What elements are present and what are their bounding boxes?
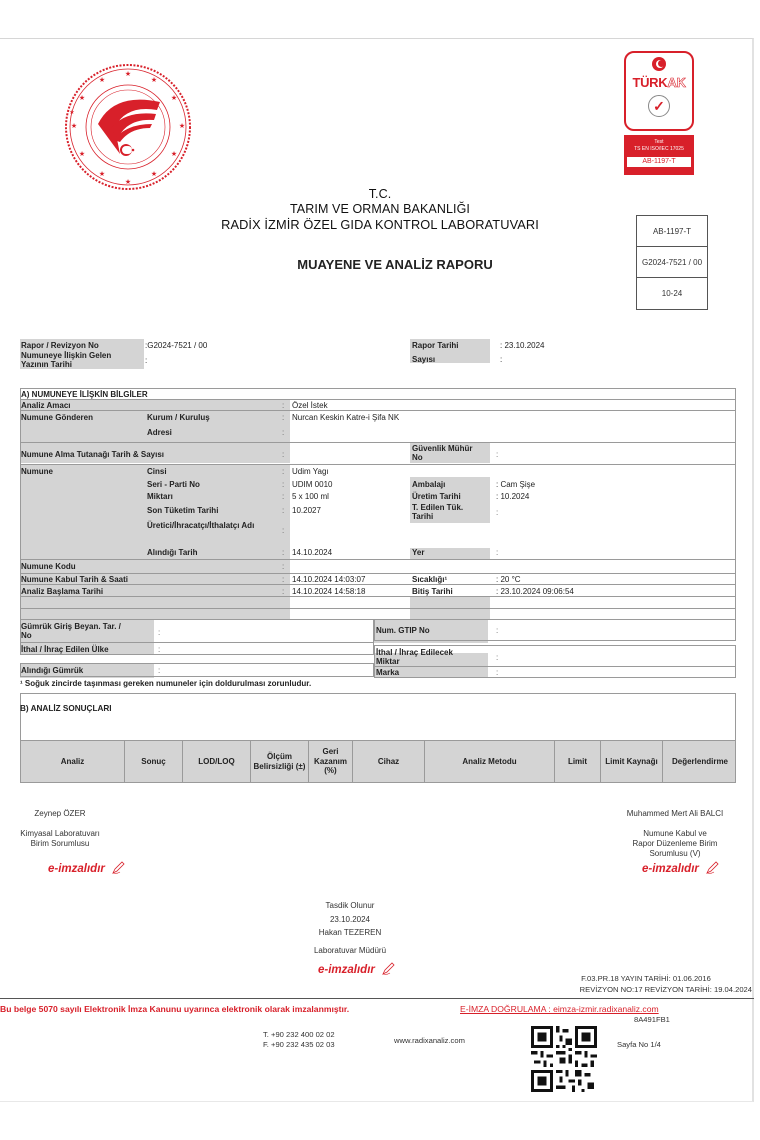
footer-phone: T. +90 232 400 02 02 [263,1030,335,1040]
gtip-label: Num. GTIP No [376,626,430,635]
footer-website[interactable]: www.radixanaliz.com [394,1036,465,1046]
results-column-header: LOD/LOQ [183,741,251,782]
approval-line: Tasdik Olunur [300,901,400,911]
colon: : [282,480,284,489]
svg-text:★: ★ [125,178,131,186]
svg-text:★: ★ [71,122,77,130]
kabul-label: Numune Kabul Tarih & Saati [21,575,128,584]
signature-right-role-2: Rapor Düzenleme Birim [610,839,740,849]
uretim-tarihi-label: Üretim Tarihi [412,492,461,501]
son-tuketim-label: Son Tüketim Tarihi [147,506,218,515]
colon: : [282,506,284,515]
sayisi-value: : [500,355,502,364]
report-title: MUAYENE VE ANALİZ RAPORU [200,257,590,272]
bitis-value: : 23.10.2024 09:06:54 [496,587,574,596]
section-a-title: A) NUMUNEYE İLİŞKİN BİLGİLER [21,390,148,399]
cinsi-label: Cinsi [147,467,167,476]
signature-left-role-1: Kimyasal Laboratuvarı [10,829,110,839]
signature-right-name: Muhammed Mert Ali BALCI [600,809,750,819]
colon: : [282,548,284,557]
gelen-yazi-label: Numuneye İlişkin Gelen Yazının Tarihi [21,351,139,369]
colon: : [282,587,284,596]
rapor-tarihi-label: Rapor Tarihi [412,341,459,350]
colon: : [282,401,284,410]
results-column-header: Geri Kazanım (%) [309,741,353,782]
svg-text:★: ★ [151,76,157,84]
tutanak-label: Numune Alma Tutanağı Tarih & Sayısı [21,450,164,459]
footnote: ¹ Soğuk zincirde taşınması gereken numun… [20,679,311,688]
bitis-label: Bitiş Tarihi [412,587,453,596]
ambalaji-label: Ambalajı [412,480,445,489]
colon: : [496,508,498,517]
alindigi-tarih-label: Alındığı Tarih [147,548,198,557]
turkak-subtitle-2: TS EN ISO/IEC 17025 [624,146,694,152]
footer-fax: F. +90 232 435 02 03 [263,1040,335,1050]
colon: : [282,562,284,571]
t-edilen-label: T. Edilen Tük. Tarihi [412,503,478,521]
approval-stamp: e-imzalıdır [318,962,395,976]
row-divider [20,573,736,574]
svg-text:★: ★ [99,170,105,178]
analiz-amaci-label: Analiz Amacı [21,401,71,410]
code-box-accreditation: AB-1197-T [637,216,707,247]
svg-text:★: ★ [79,94,85,102]
ithal-ulke-label: İthal / İhraç Edilen Ülke [21,645,109,654]
signature-right-stamp: e-imzalıdır [642,861,719,875]
colon: : [282,575,284,584]
row-divider [20,596,736,597]
code-box-report-no: G2024-7521 / 00 [637,247,707,278]
results-column-header: Ölçüm Belirsizliği (±) [251,741,309,782]
row-divider [374,666,736,667]
pen-icon [705,861,719,875]
numune-gonderen-label: Numune Gönderen [21,413,93,422]
form-info-line-1: F.03.PR.18 YAYIN TARİHİ: 01.06.2016 [540,974,752,984]
svg-text:★: ★ [179,122,185,130]
results-column-header: Değerlendirme [663,741,737,782]
numune-label: Numune [21,467,53,476]
seri-value: UDIM 0010 [292,480,332,489]
colon: : [496,450,498,459]
row-divider [20,464,736,465]
pen-icon [111,861,125,875]
svg-text:★: ★ [171,94,177,102]
report-page: ★ ★ ★ ★ ★ ★ ★ ★ ★ ★ ★ ★ ★ [0,38,754,1102]
signature-left-stamp: e-imzalıdır [48,861,125,875]
legal-notice: Bu belge 5070 sayılı Elektronik İmza Kan… [0,1004,349,1014]
footer-divider [0,998,754,999]
colon: : [282,492,284,501]
row-divider [20,399,736,400]
uretici-label: Üretici/İhracatçı/İthalatçı Adı [147,521,267,530]
uretim-tarihi-value: : 10.2024 [496,492,529,501]
son-tuketim-value: 10.2027 [292,506,321,515]
row-divider [20,559,736,560]
header-line-2: TARIM VE ORMAN BAKANLIĞI [160,202,600,217]
svg-text:★: ★ [151,170,157,178]
rapor-revizyon-label: Rapor / Revizyon No [21,341,99,350]
header-line-3: RADİX İZMİR ÖZEL GIDA KONTROL LABORATUVA… [160,217,600,232]
signature-left-name: Zeynep ÖZER [10,809,110,819]
turkak-bold: TÜRK [632,75,667,90]
check-icon: ✓ [648,95,670,117]
svg-text:★: ★ [125,70,131,78]
rapor-revizyon-value: :G2024-7521 / 00 [145,341,207,350]
form-info-line-2: REVİZYON NO:17 REVİZYON TARİHİ: 19.04.20… [530,985,752,995]
row-divider [20,442,736,443]
colon: : [158,628,160,637]
sicaklik-label: Sıcaklığı¹ [412,575,447,584]
colon: : [282,413,284,422]
sayisi-label: Sayısı [412,355,435,364]
guvenlik-label: Güvenlik Mühür No [412,444,482,462]
marka-label: Marka [376,668,399,677]
row-divider [20,410,736,411]
numune-kodu-label: Numune Kodu [21,562,76,571]
colon: : [158,645,160,654]
section-b-title: B) ANALİZ SONUÇLARI [20,704,112,713]
row-divider [20,584,736,585]
section-a-border [20,388,736,620]
ambalaji-value: : Cam Şişe [496,480,535,489]
colon: : [282,526,284,535]
results-column-header: Sonuç [125,741,183,782]
adresi-label: Adresi [147,428,172,437]
turkak-subtitle-1: Test [624,139,694,145]
alindigi-gumruk-label: Alındığı Gümrük [21,666,83,675]
miktari-value: 5 x 100 ml [292,492,329,501]
colon: : [282,450,284,459]
svg-text:★: ★ [79,150,85,158]
results-column-header: Limit Kaynağı [601,741,663,782]
svg-text:★: ★ [171,150,177,158]
colon: : [282,467,284,476]
colon: : [496,626,498,635]
svg-text:★: ★ [69,109,74,116]
miktari-label: Miktarı [147,492,173,501]
section-a-table: A) NUMUNEYE İLİŞKİN BİLGİLERAnaliz Amacı… [20,388,736,678]
document-code: 8A491FB1 [634,1015,670,1025]
baslama-value: 14.10.2024 14:58:18 [292,587,365,596]
approval-role: Laboratuvar Müdürü [300,946,400,956]
turkak-light: AK [667,75,685,90]
approval-date: 23.10.2024 [300,915,400,925]
approval-name: Hakan TEZEREN [300,928,400,938]
signature-right-role-3: Sorumlusu (V) [610,849,740,859]
sicaklik-value: : 20 °C [496,575,521,584]
page-number: Sayfa No 1/4 [617,1040,661,1050]
svg-text:★: ★ [99,76,105,84]
results-column-header: Analiz Metodu [425,741,555,782]
rapor-tarihi-value: : 23.10.2024 [500,341,545,350]
kurum-label: Kurum / Kuruluş [147,413,210,422]
gelen-yazi-value: : [145,356,147,365]
baslama-label: Analiz Başlama Tarihi [21,587,103,596]
colon: : [496,653,498,662]
row-divider [20,642,374,643]
header-line-1: T.C. [160,187,600,202]
turkak-icon: TÜRKAK ✓ Test TS EN ISO/IEC 17025 AB-119… [622,51,710,175]
cinsi-value: Udim Yagı [292,467,329,476]
seri-label: Seri - Parti No [147,480,200,489]
colon: : [496,668,498,677]
gumruk-giris-label: Gümrük Giriş Beyan. Tar. / No [21,622,127,640]
row-divider [20,608,736,609]
results-column-header: Limit [555,741,601,782]
ministry-seal-icon: ★ ★ ★ ★ ★ ★ ★ ★ ★ ★ ★ ★ ★ [62,62,194,192]
turkak-accreditation: AB-1197-T [627,157,691,167]
results-column-header: Analiz [21,741,125,782]
pen-icon [381,962,395,976]
gap [20,655,154,663]
yer-label: Yer [412,548,424,557]
analiz-amaci-value: Özel İstek [292,401,328,410]
results-column-header: Cihaz [353,741,425,782]
results-table-header: AnalizSonuçLOD/LOQÖlçüm Belirsizliği (±)… [20,740,736,783]
qr-code-icon [531,1026,597,1092]
signature-right-role-1: Numune Kabul ve [610,829,740,839]
colon: : [158,666,160,675]
code-box: AB-1197-T G2024-7521 / 00 10-24 [636,215,708,310]
colon: : [496,548,498,557]
alindigi-tarih-value: 14.10.2024 [292,548,332,557]
signature-left-role-2: Birim Sorumlusu [10,839,110,849]
kabul-value: 14.10.2024 14:03:07 [292,575,365,584]
e-signature-verify-link[interactable]: E-İMZA DOĞRULAMA : eimza-izmir.radixanal… [460,1004,659,1014]
code-box-date: 10-24 [637,278,707,309]
ithal-miktar-label: İthal / İhraç Edilecek Miktar [376,648,476,666]
kurum-value: Nurcan Keskin Katre-i Şifa NK [292,413,399,422]
colon: : [282,428,284,437]
